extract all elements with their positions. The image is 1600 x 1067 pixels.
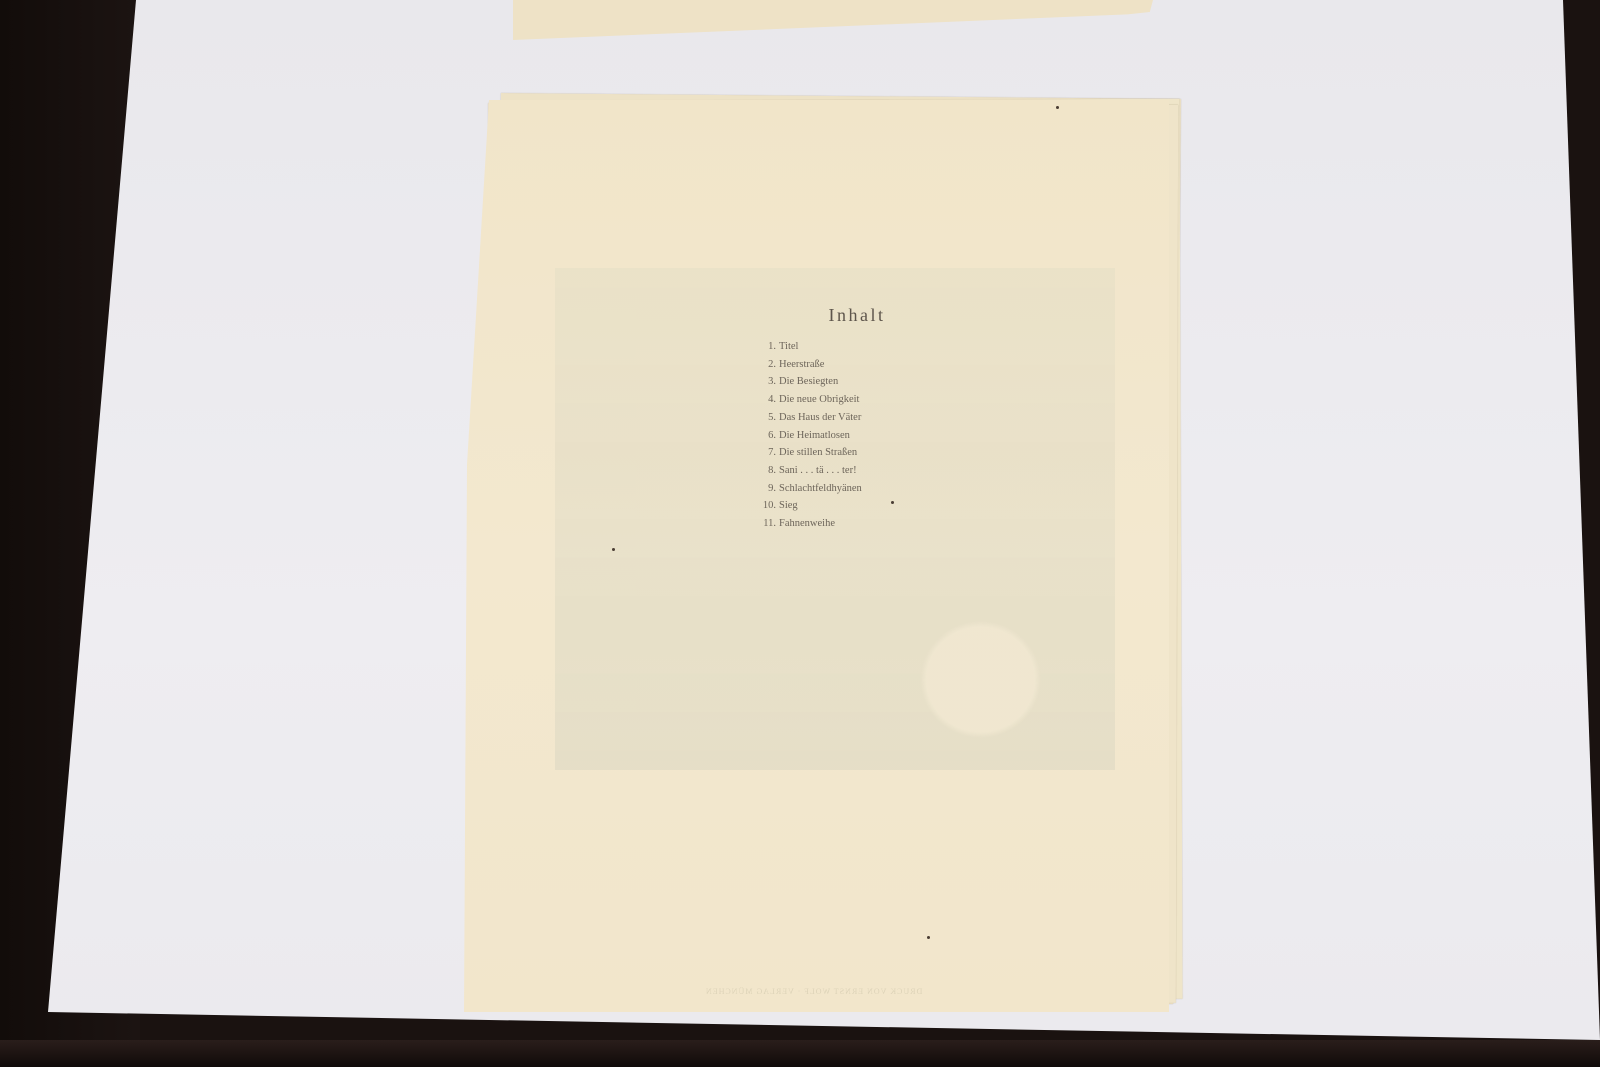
paper-speck	[927, 936, 930, 939]
paper-speck	[612, 548, 615, 551]
list-item: 4.Die neue Obrigkeit	[762, 391, 922, 409]
list-item: 6.Die Heimatlosen	[762, 427, 922, 445]
list-item: 1.Titel	[762, 338, 922, 356]
list-item: 3.Die Besiegten	[762, 373, 922, 391]
paper-speck	[891, 501, 894, 504]
paper-speck	[1056, 106, 1059, 109]
background-dark-bottom	[0, 1040, 1600, 1067]
list-item: 9.Schlachtfeldhyänen	[762, 480, 922, 498]
list-item: 2.Heerstraße	[762, 356, 922, 374]
showthrough-imprint: DRUCK VON ERNST WOLF · VERLAG MÜNCHEN	[705, 987, 922, 996]
list-item: 11.Fahnenweihe	[762, 515, 922, 533]
list-item: 5.Das Haus der Väter	[762, 409, 922, 427]
list-item: 8.Sani . . . tä . . . ter!	[762, 462, 922, 480]
list-item: 10.Sieg	[762, 497, 922, 515]
list-item: 7.Die stillen Straßen	[762, 444, 922, 462]
contents-list: 1.Titel 2.Heerstraße 3.Die Besiegten 4.D…	[762, 338, 922, 533]
table-of-contents: Inhalt 1.Titel 2.Heerstraße 3.Die Besieg…	[762, 305, 922, 533]
page-title: Inhalt	[792, 305, 922, 326]
